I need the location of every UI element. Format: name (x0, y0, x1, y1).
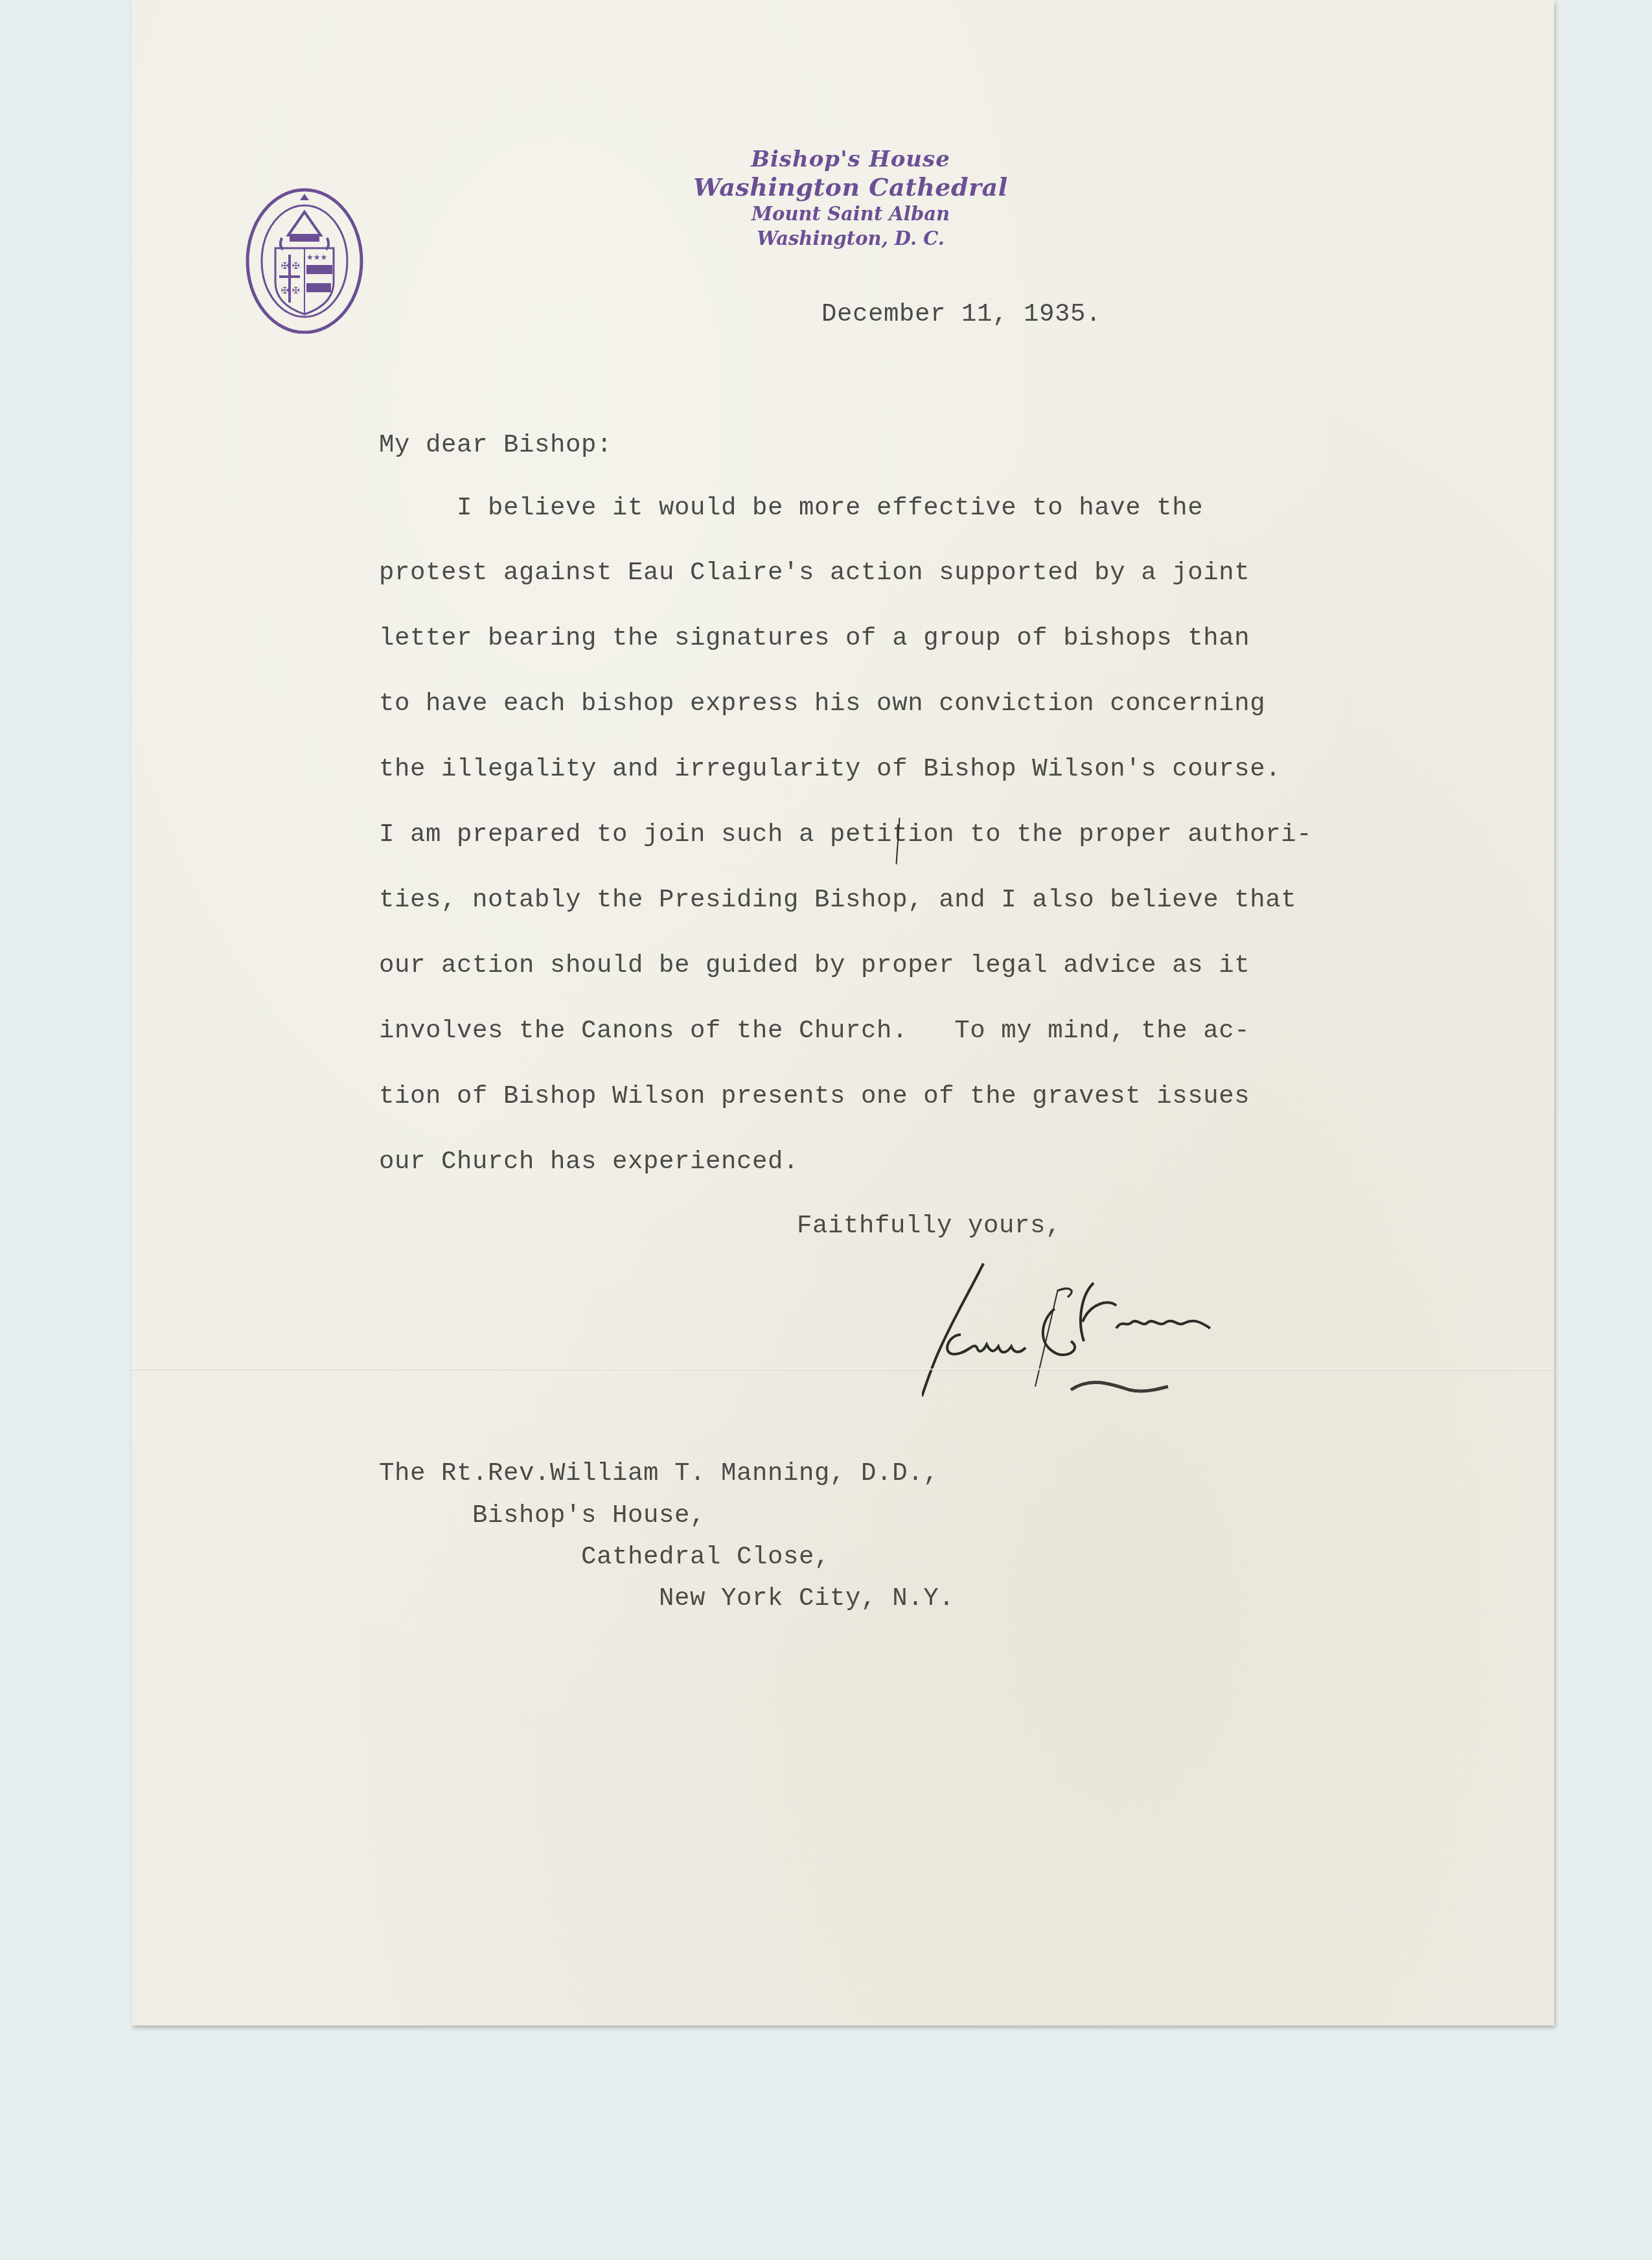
letterhead-line: Washington Cathedral (689, 173, 1013, 202)
letter-paper: ✠ ✠ ✠ ✠ ★★★ Bishop's House Washington Ca… (132, 0, 1554, 2025)
recipient-line: Bishop's House, (379, 1501, 706, 1530)
recipient-line: The Rt.Rev.William T. Manning, D.D., (379, 1459, 939, 1488)
body-line: involves the Canons of the Church. To my… (379, 1017, 1250, 1045)
svg-text:✠: ✠ (281, 261, 289, 271)
body-line: tion of Bishop Wilson presents one of th… (379, 1082, 1250, 1111)
body-line: our action should be guided by proper le… (379, 951, 1250, 980)
svg-text:✠: ✠ (281, 286, 289, 296)
paper-fold-line (132, 1368, 1554, 1370)
svg-text:✠: ✠ (292, 261, 300, 271)
recipient-line: Cathedral Close, (379, 1543, 830, 1571)
recipient-line: New York City, N.Y. (379, 1584, 954, 1613)
body-line: to have each bishop express his own conv… (379, 689, 1265, 718)
letterhead: Bishop's House Washington Cathedral Moun… (689, 146, 1013, 251)
handwritten-signature: James E. Freeman (922, 1257, 1324, 1400)
svg-text:★★★: ★★★ (306, 253, 327, 262)
body-line: our Church has experienced. (379, 1147, 799, 1176)
body-line: ties, notably the Presiding Bishop, and … (379, 886, 1296, 914)
letter-date: December 11, 1935. (821, 300, 1101, 329)
closing: Faithfully yours, (797, 1212, 1061, 1240)
body-line: protest against Eau Claire's action supp… (379, 559, 1250, 587)
diocese-seal-icon: ✠ ✠ ✠ ✠ ★★★ (243, 185, 366, 334)
body-line: letter bearing the signatures of a group… (379, 624, 1250, 652)
body-line: I am prepared to join such a petition to… (379, 820, 1312, 849)
body-line: I believe it would be more effective to … (379, 494, 1203, 522)
svg-text:✠: ✠ (292, 286, 300, 296)
letterhead-line: Mount Saint Alban (689, 202, 1013, 226)
letterhead-line: Washington, D. C. (689, 226, 1013, 251)
body-line: the illegality and irregularity of Bisho… (379, 755, 1281, 783)
letterhead-line: Bishop's House (689, 146, 1013, 173)
salutation: My dear Bishop: (379, 431, 612, 459)
